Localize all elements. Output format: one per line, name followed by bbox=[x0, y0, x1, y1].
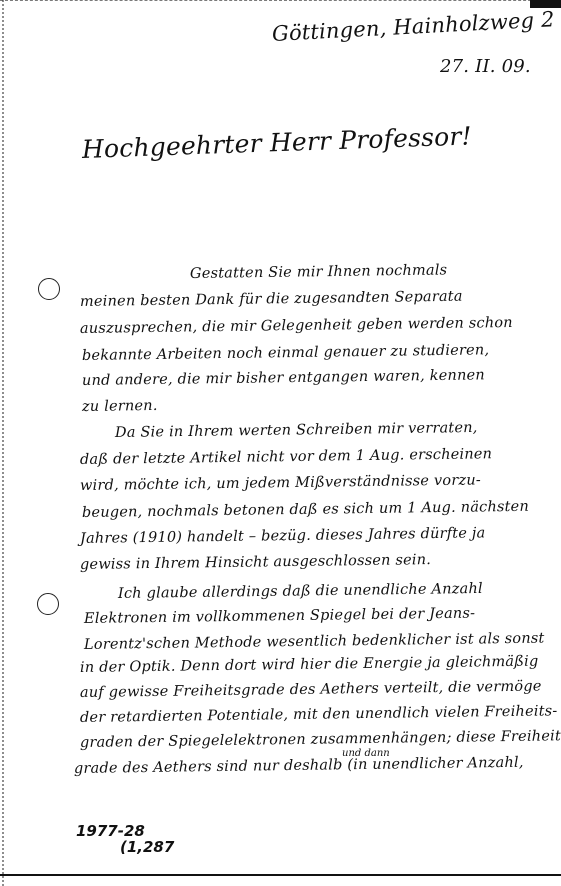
hole-punch-icon bbox=[37, 593, 59, 615]
text-line: in der Optik. Denn dort wird hier die En… bbox=[80, 654, 539, 676]
text-line: meinen besten Dank für die zugesandten S… bbox=[80, 289, 463, 310]
text-line: bekannte Arbeiten noch einmal genauer zu… bbox=[82, 342, 489, 364]
text-line: Gestatten Sie mir Ihnen nochmals bbox=[190, 262, 447, 282]
text-line: auszusprechen, die mir Gelegenheit geben… bbox=[80, 315, 513, 337]
text-line: der retardierten Potentiale, mit den une… bbox=[80, 703, 558, 726]
scan-edge-bottom bbox=[0, 874, 561, 878]
archive-folio: (1,287 bbox=[120, 838, 174, 856]
letter-date: 27. II. 09. bbox=[440, 56, 531, 77]
text-line: und andere, die mir bisher entgangen war… bbox=[82, 367, 485, 389]
text-line: grade des Aethers sind nur deshalb (in u… bbox=[74, 755, 524, 777]
text-line: Da Sie in Ihrem werten Schreiben mir ver… bbox=[115, 420, 478, 441]
hole-punch-icon bbox=[38, 278, 60, 300]
text-line: Lorentz'schen Methode wesentlich bedenkl… bbox=[84, 631, 545, 653]
text-line: Elektronen im vollkommenen Spiegel bei d… bbox=[84, 606, 475, 627]
text-line: Ich glaube allerdings daß die unendliche… bbox=[118, 581, 483, 602]
text-line: graden der Spiegelelektronen zusammenhän… bbox=[80, 728, 561, 751]
text-line: gewiss in Ihrem Hinsicht ausgeschlossen … bbox=[80, 552, 431, 573]
text-line: wird, möchte ich, um jedem Mißverständni… bbox=[80, 472, 481, 494]
salutation: Hochgeehrter Herr Professor! bbox=[81, 121, 472, 164]
text-line: daß der letzte Artikel nicht vor dem 1 A… bbox=[80, 446, 492, 468]
text-line: Jahres (1910) handelt – bezüg. dieses Ja… bbox=[80, 525, 486, 547]
text-line: beugen, nochmals betonen daß es sich um … bbox=[82, 499, 529, 521]
scan-edge-top bbox=[0, 0, 561, 4]
text-line: auf gewisse Freiheitsgrade des Aethers v… bbox=[80, 679, 542, 701]
text-line: zu lernen. bbox=[82, 398, 158, 415]
scan-edge-left bbox=[2, 0, 7, 886]
letter-place: Göttingen, Hainholzweg 2 bbox=[271, 7, 555, 46]
letter-page: Göttingen, Hainholzweg 2 27. II. 09. Hoc… bbox=[0, 0, 561, 886]
